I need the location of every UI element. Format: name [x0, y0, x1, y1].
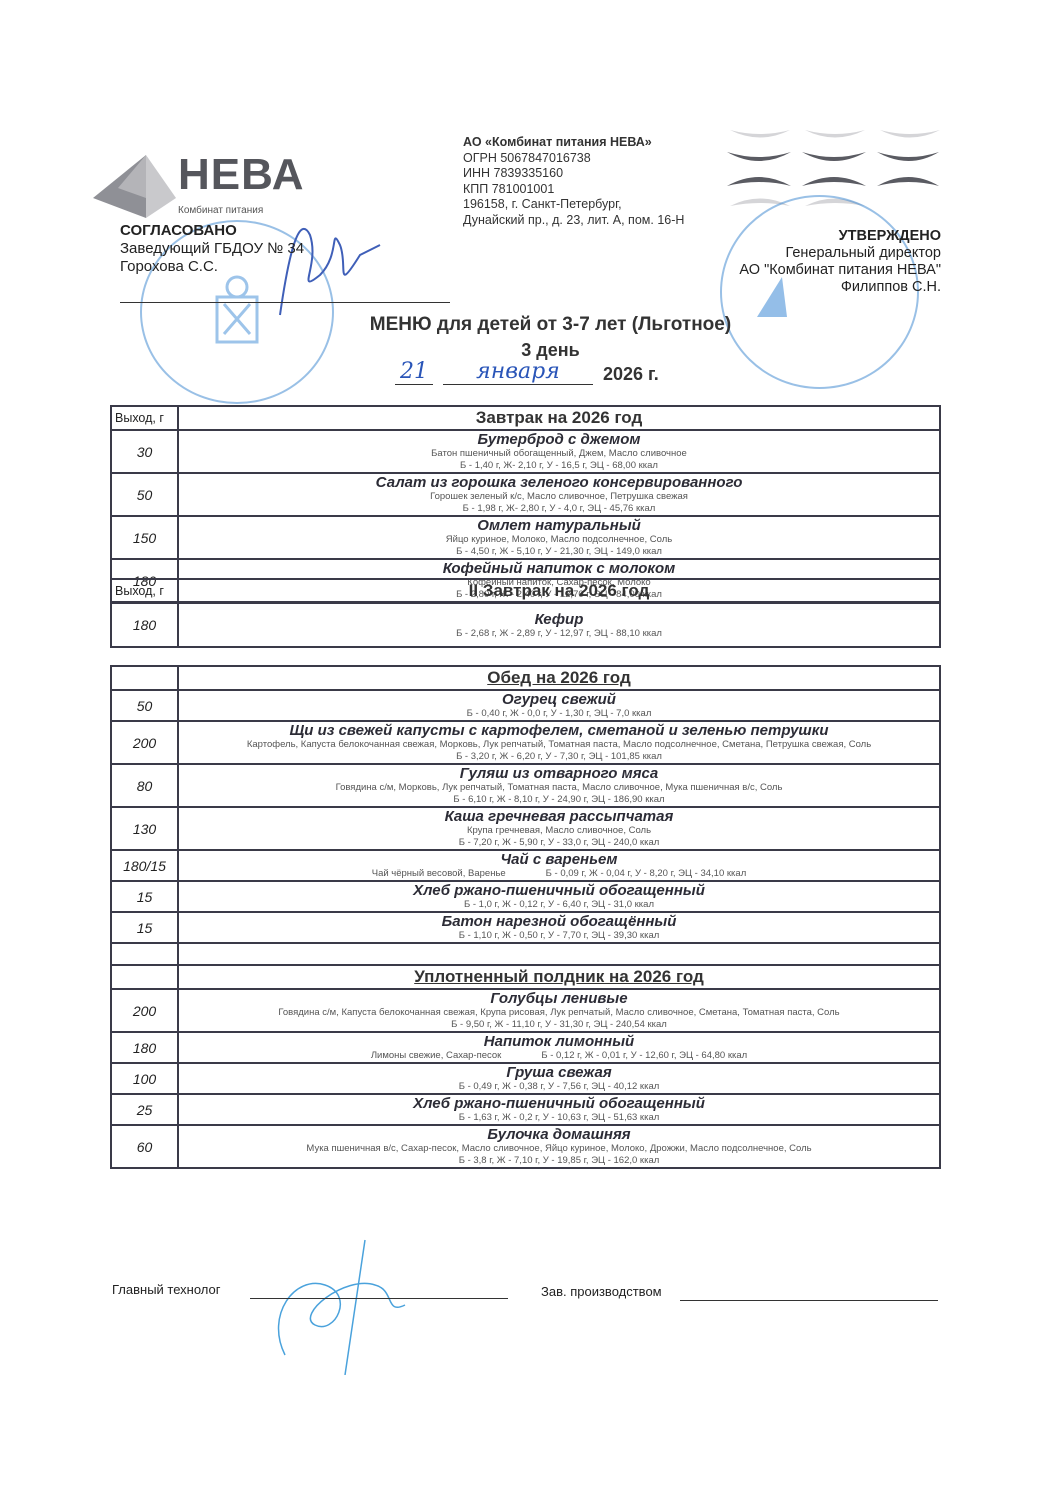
company-kpp: КПП 781001001: [463, 182, 684, 198]
item-description: Омлет натуральныйЯйцо куриное, Молоко, М…: [178, 516, 940, 559]
item-description: Огурец свежийБ - 0,40 г, Ж - 0,0 г, У - …: [178, 690, 940, 721]
item-weight: 50: [111, 690, 178, 721]
brand-name: НЕВА: [178, 150, 304, 200]
dish-name: Бутерброд с джемом: [179, 431, 939, 448]
item-weight: 15: [111, 912, 178, 943]
item-weight: 100: [111, 1063, 178, 1094]
item-description: Булочка домашняяМука пшеничная в/с, Саха…: [178, 1125, 940, 1168]
menu-item-row: 60Булочка домашняяМука пшеничная в/с, Са…: [111, 1125, 940, 1168]
dish-name: Напиток лимонный: [179, 1033, 939, 1050]
dish-nutrition: Б - 3,8 г, Ж - 7,10 г, У - 19,85 г, ЭЦ -…: [179, 1155, 939, 1167]
item-description: Напиток лимонныйЛимоны свежие, Сахар-пес…: [178, 1032, 940, 1063]
dish-ingredients: Мука пшеничная в/с, Сахар-песок, Масло с…: [179, 1143, 939, 1155]
dish-ingredients: Яйцо куриное, Молоко, Масло подсолнечное…: [179, 534, 939, 546]
company-address-2: Дунайский пр., д. 23, лит. А, пом. 16-Н: [463, 213, 684, 229]
approved-name: Филиппов С.Н.: [739, 279, 941, 296]
item-description: Салат из горошка зеленого консервированн…: [178, 473, 940, 516]
dish-name: Каша гречневая рассыпчатая: [179, 808, 939, 825]
menu-item-row: 100Груша свежаяБ - 0,49 г, Ж - 0,38 г, У…: [111, 1063, 940, 1094]
dish-nutrition: Б - 1,40 г, Ж- 2,10 г, У - 16,5 г, ЭЦ - …: [179, 460, 939, 472]
approved-company: АО "Комбинат питания НЕВА": [739, 262, 941, 279]
menu-item-row: 30Бутерброд с джемомБатон пшеничный обог…: [111, 430, 940, 473]
menu-item-row: 180/15Чай с вареньемЧай чёрный весовой, …: [111, 850, 940, 881]
section-header-row: Выход, гЗавтрак на 2026 год: [111, 406, 940, 430]
weight-column-header: Выход, г: [111, 579, 178, 603]
dish-ingredients: Говядина с/м, Морковь, Лук репчатый, Том…: [179, 782, 939, 794]
dish-name: Голубцы ленивые: [179, 990, 939, 1007]
dish-nutrition: Б - 0,09 г, Ж - 0,04 г, У - 8,20 г, ЭЦ -…: [546, 868, 747, 879]
section-title-text: Обед на 2026 год: [487, 668, 631, 687]
menu-item-row: 50Огурец свежийБ - 0,40 г, Ж - 0,0 г, У …: [111, 690, 940, 721]
menu-item-row: 200Щи из свежей капусты с картофелем, см…: [111, 721, 940, 764]
item-description: Хлеб ржано-пшеничный обогащенныйБ - 1,63…: [178, 1094, 940, 1125]
dish-nutrition: Б - 1,98 г, Ж- 2,80 г, У - 4,0 г, ЭЦ - 4…: [179, 503, 939, 515]
dish-name: Гуляш из отварного мяса: [179, 765, 939, 782]
agreed-block: СОГЛАСОВАНО Заведующий ГБДОУ № 34 Горохо…: [120, 222, 304, 276]
company-details: АО «Комбинат питания НЕВА» ОГРН 50678470…: [463, 135, 684, 228]
dish-ingredients: Лимоны свежие, Сахар-песок: [371, 1050, 502, 1061]
production-head-label: Зав. производством: [541, 1284, 662, 1299]
dish-nutrition: Б - 0,49 г, Ж - 0,38 г, У - 7,56 г, ЭЦ -…: [179, 1081, 939, 1093]
item-weight: 60: [111, 1125, 178, 1168]
item-description: Гуляш из отварного мясаГовядина с/м, Мор…: [178, 764, 940, 807]
dish-nutrition: Б - 0,40 г, Ж - 0,0 г, У - 1,30 г, ЭЦ - …: [179, 708, 939, 720]
dish-ingredients: Батон пшеничный обогащенный, Джем, Масло…: [179, 448, 939, 460]
menu-item-row: 50Салат из горошка зеленого консервирова…: [111, 473, 940, 516]
dish-name: Кофейный напиток с молоком: [179, 560, 939, 577]
item-description: Батон нарезной обогащённыйБ - 1,10 г, Ж …: [178, 912, 940, 943]
item-description: КефирБ - 2,68 г, Ж - 2,89 г, У - 12,97 г…: [178, 603, 940, 647]
section-title: Уплотненный полдник на 2026 год: [178, 965, 940, 989]
dish-name: Хлеб ржано-пшеничный обогащенный: [179, 882, 939, 899]
dish-ingredients: Горошек зеленый к/с, Масло сливочное, Пе…: [179, 491, 939, 503]
chief-technologist-label: Главный технолог: [112, 1282, 221, 1297]
dish-nutrition: Б - 0,12 г, Ж - 0,01 г, У - 12,60 г, ЭЦ …: [541, 1050, 747, 1061]
item-weight: 200: [111, 721, 178, 764]
dish-nutrition: Б - 1,10 г, Ж - 0,50 г, У - 7,70 г, ЭЦ -…: [179, 930, 939, 942]
signature-technologist-icon: [255, 1235, 425, 1375]
item-weight: 180/15: [111, 850, 178, 881]
menu-item-row: 15Батон нарезной обогащённыйБ - 1,10 г, …: [111, 912, 940, 943]
dish-name: Огурец свежий: [179, 691, 939, 708]
agreed-position: Заведующий ГБДОУ № 34: [120, 240, 304, 258]
dish-name: Кефир: [179, 611, 939, 628]
company-address-1: 196158, г. Санкт-Петербург,: [463, 197, 684, 213]
agreed-heading: СОГЛАСОВАНО: [120, 222, 304, 240]
approved-block: УТВЕРЖДЕНО Генеральный директор АО "Комб…: [739, 228, 941, 296]
dish-ingredients: Чай чёрный весовой, Варенье: [372, 868, 506, 879]
document-title: МЕНЮ для детей от 3-7 лет (Льготное): [0, 314, 1061, 336]
dish-nutrition: Б - 6,10 г, Ж - 8,10 г, У - 24,90 г, ЭЦ …: [179, 794, 939, 806]
production-head-signature-line: [680, 1300, 938, 1301]
item-description: Каша гречневая рассыпчатаяКрупа гречнева…: [178, 807, 940, 850]
item-weight: [111, 943, 178, 965]
date-year: 2026 г.: [603, 364, 659, 385]
section-header-row: Обед на 2026 год: [111, 666, 940, 690]
menu-table: Обед на 2026 год50Огурец свежийБ - 0,40 …: [110, 665, 941, 1169]
section-title-text: II Завтрак на 2026 год: [469, 581, 650, 600]
section-title: II Завтрак на 2026 год: [178, 579, 940, 603]
item-weight: 150: [111, 516, 178, 559]
weight-column-header: [111, 666, 178, 690]
dish-name: Груша свежая: [179, 1064, 939, 1081]
section-header-row: Уплотненный полдник на 2026 год: [111, 965, 940, 989]
document-date: 21 января 2026 г.: [395, 360, 659, 385]
dish-name: Омлет натуральный: [179, 517, 939, 534]
item-description: Чай с вареньемЧай чёрный весовой, Варень…: [178, 850, 940, 881]
dish-name: Булочка домашняя: [179, 1126, 939, 1143]
menu-item-row: 15Хлеб ржано-пшеничный обогащенныйБ - 1,…: [111, 881, 940, 912]
date-day: 21: [395, 360, 433, 385]
item-description: [178, 943, 940, 965]
item-weight: 15: [111, 881, 178, 912]
dish-nutrition: Б - 3,20 г, Ж - 6,20 г, У - 7,30 г, ЭЦ -…: [179, 751, 939, 763]
brand-subtitle: Комбинат питания: [178, 205, 263, 216]
item-weight: 80: [111, 764, 178, 807]
item-description: Хлеб ржано-пшеничный обогащенныйБ - 1,0 …: [178, 881, 940, 912]
company-ogrn: ОГРН 5067847016738: [463, 151, 684, 167]
dish-ingredients: Картофель, Капуста белокочанная свежая, …: [179, 739, 939, 751]
dish-nutrition: Б - 9,50 г, Ж - 11,10 г, У - 31,30 г, ЭЦ…: [179, 1019, 939, 1031]
date-month: января: [443, 360, 593, 385]
dish-ingredients: Говядина с/м, Капуста белокочанная свежа…: [179, 1007, 939, 1019]
section-title-text: Уплотненный полдник на 2026 год: [414, 967, 704, 986]
section-title: Завтрак на 2026 год: [178, 406, 940, 430]
menu-item-row: 150Омлет натуральныйЯйцо куриное, Молоко…: [111, 516, 940, 559]
chief-technologist-signature-line: [250, 1298, 508, 1299]
item-weight: 180: [111, 603, 178, 647]
agreed-signature-line: [120, 302, 450, 303]
company-name: АО «Комбинат питания НЕВА»: [463, 135, 684, 151]
dish-nutrition: Б - 7,20 г, Ж - 5,90 г, У - 33,0 г, ЭЦ -…: [179, 837, 939, 849]
menu-table: Выход, гII Завтрак на 2026 год180КефирБ …: [110, 578, 941, 648]
menu-item-row: 80Гуляш из отварного мясаГовядина с/м, М…: [111, 764, 940, 807]
menu-item-row: 25Хлеб ржано-пшеничный обогащенныйБ - 1,…: [111, 1094, 940, 1125]
approved-position: Генеральный директор: [739, 245, 941, 262]
item-weight: 130: [111, 807, 178, 850]
weight-column-header: [111, 965, 178, 989]
item-description: Груша свежаяБ - 0,49 г, Ж - 0,38 г, У - …: [178, 1063, 940, 1094]
company-inn: ИНН 7839335160: [463, 166, 684, 182]
document-day: 3 день: [0, 340, 1061, 361]
item-weight: 25: [111, 1094, 178, 1125]
item-weight: 50: [111, 473, 178, 516]
section-title-text: Завтрак на 2026 год: [476, 408, 643, 427]
dish-ingredients: Крупа гречневая, Масло сливочное, Соль: [179, 825, 939, 837]
menu-item-row: 130Каша гречневая рассыпчатаяКрупа гречн…: [111, 807, 940, 850]
dish-nutrition: Б - 1,63 г, Ж - 0,2 г, У - 10,63 г, ЭЦ -…: [179, 1112, 939, 1124]
dish-name: Чай с вареньем: [179, 851, 939, 868]
dish-nutrition: Б - 2,68 г, Ж - 2,89 г, У - 12,97 г, ЭЦ …: [179, 628, 939, 640]
weight-column-header: Выход, г: [111, 406, 178, 430]
menu-item-row: 180Напиток лимонныйЛимоны свежие, Сахар-…: [111, 1032, 940, 1063]
section-title: Обед на 2026 год: [178, 666, 940, 690]
item-weight: 180: [111, 1032, 178, 1063]
menu-item-row: 200Голубцы ленивыеГовядина с/м, Капуста …: [111, 989, 940, 1032]
dish-name: Батон нарезной обогащённый: [179, 913, 939, 930]
menu-item-row: 180КефирБ - 2,68 г, Ж - 2,89 г, У - 12,9…: [111, 603, 940, 647]
item-weight: 200: [111, 989, 178, 1032]
dish-nutrition: Б - 1,0 г, Ж - 0,12 г, У - 6,40 г, ЭЦ - …: [179, 899, 939, 911]
agreed-name: Горохова С.С.: [120, 258, 304, 276]
dish-nutrition: Б - 4,50 г, Ж - 5,10 г, У - 21,30 г, ЭЦ …: [179, 546, 939, 558]
item-description: Голубцы ленивыеГовядина с/м, Капуста бел…: [178, 989, 940, 1032]
menu-item-row: [111, 943, 940, 965]
item-description: Бутерброд с джемомБатон пшеничный обогащ…: [178, 430, 940, 473]
dish-name: Салат из горошка зеленого консервированн…: [179, 474, 939, 491]
approved-heading: УТВЕРЖДЕНО: [739, 228, 941, 245]
dish-name: Хлеб ржано-пшеничный обогащенный: [179, 1095, 939, 1112]
pyramid-logo-icon: [88, 150, 178, 220]
section-header-row: Выход, гII Завтрак на 2026 год: [111, 579, 940, 603]
item-weight: 30: [111, 430, 178, 473]
dish-name: Щи из свежей капусты с картофелем, смета…: [179, 722, 939, 739]
menu-table: Выход, гЗавтрак на 2026 год30Бутерброд с…: [110, 405, 941, 603]
item-description: Щи из свежей капусты с картофелем, смета…: [178, 721, 940, 764]
